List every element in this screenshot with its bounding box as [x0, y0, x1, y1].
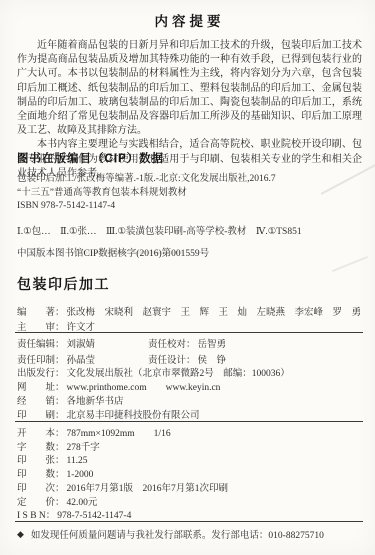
- row-label: 出版发行：: [17, 367, 65, 381]
- row-label: 编 著：: [17, 306, 65, 321]
- cip-line: “十三五”普通高等教育包装本科规划教材: [17, 187, 362, 201]
- row-value: 刘淑婧: [67, 338, 96, 353]
- diamond-icon: ◆: [17, 527, 24, 541]
- word-count-row: 字 数： 278千字: [17, 442, 362, 456]
- row-label: 印 张：: [17, 455, 65, 469]
- row-value: 岳智勇: [198, 338, 227, 353]
- row-label: 经 销：: [17, 395, 65, 409]
- row-value: 侯 铮: [198, 354, 227, 369]
- staff-row: 责任编辑： 刘淑婧: [17, 338, 148, 353]
- row-value: 1-2000: [67, 469, 94, 483]
- row-label: 责任编辑：: [17, 338, 65, 353]
- row-label: 印 次：: [17, 483, 65, 497]
- cip-line: ISBN 978-7-5142-1147-4: [17, 200, 362, 214]
- print-run-row: 印 数： 1-2000: [17, 469, 362, 483]
- website-row: 网 址： www.printhome.com www.keyin.cn: [17, 381, 362, 395]
- divider-rule: [15, 332, 363, 333]
- book-title-section: 包装印后加工 编 著： 张改梅 宋晓利 赵寰宇 王 辉 王 灿 左晓燕 李宏峰 …: [17, 274, 362, 335]
- row-value: 278千字: [67, 442, 100, 456]
- copyright-page: 内容提要 近年随着商品包装的日新月异和印后加工技术的升级，包装印后加工技术作为提…: [0, 0, 375, 555]
- cip-registration: 中国版本图书馆CIP数据核字(2016)第001559号: [17, 245, 362, 259]
- row-value: 787mm×1092mm 1/16: [67, 428, 171, 442]
- summary-title: 内容提要: [17, 10, 362, 30]
- editors-row: 编 著： 张改梅 宋晓利 赵寰宇 王 辉 王 灿 左晓燕 李宏峰 罗 勇: [17, 306, 362, 321]
- sheet-count-row: 印 张： 11.25: [17, 455, 362, 469]
- row-value: 42.00元: [67, 497, 98, 511]
- row-label: 开 本：: [17, 428, 65, 442]
- row-value: 文化发展出版社（北京市翠微路2号 邮编：100036）: [67, 367, 290, 381]
- staff-section: 责任编辑： 刘淑婧 责任校对： 岳智勇 责任印制： 孙晶莹 责任设计： 侯 铮: [17, 338, 362, 368]
- staff-row: 责任印制： 孙晶莹: [17, 354, 148, 369]
- row-value: 张改梅 宋晓利 赵寰宇 王 辉 王 灿 左晓燕 李宏峰 罗 勇: [67, 306, 362, 321]
- row-label: 印 数：: [17, 469, 65, 483]
- cip-line: 包装印后加工/张改梅等编著.-1版.-北京:文化发展出版社,2016.7: [17, 173, 362, 187]
- classification-line: Ⅰ.①包… Ⅱ.①张… Ⅲ.①装潢包装印刷-高等学校-教材 Ⅳ.①TS851: [17, 223, 362, 237]
- row-label: 字 数：: [17, 442, 65, 456]
- row-label: 责任印制：: [17, 354, 65, 369]
- divider-rule: [15, 421, 363, 422]
- edition-row: 印 次： 2016年7月第1版 2016年7月第1次印刷: [17, 483, 362, 497]
- summary-paragraph: 近年随着商品包装的日新月异和印后加工技术的升级，包装印后加工技术作为提高商品包装…: [17, 39, 362, 138]
- quality-note-text: 如发现任何质量问题请与我社发行部联系。发行部电话：010-88275710: [31, 527, 324, 541]
- publishing-section: 出版发行： 文化发展出版社（北京市翠微路2号 邮编：100036） 网 址： w…: [17, 367, 362, 423]
- cip-heading: 图书在版编目（CIP）数据: [17, 150, 362, 166]
- book-title: 包装印后加工: [17, 274, 362, 294]
- price-row: 定 价： 42.00元: [17, 497, 362, 511]
- row-value: 孙晶莹: [67, 354, 96, 369]
- row-value: 2016年7月第1版 2016年7月第1次印刷: [67, 483, 229, 497]
- row-value: 各地新华书店: [67, 395, 124, 409]
- print-spec-section: 开 本： 787mm×1092mm 1/16 字 数： 278千字 印 张： 1…: [17, 428, 362, 524]
- divider-rule: [15, 521, 363, 522]
- row-label: 网 址：: [17, 381, 65, 395]
- cip-section: 图书在版编目（CIP）数据 包装印后加工/张改梅等编著.-1版.-北京:文化发展…: [17, 150, 362, 259]
- quality-note: ◆ 如发现任何质量问题请与我社发行部联系。发行部电话：010-88275710: [17, 527, 362, 541]
- row-value: 11.25: [67, 455, 88, 469]
- distributor-row: 经 销： 各地新华书店: [17, 395, 362, 409]
- staff-row: 责任设计： 侯 铮: [148, 354, 362, 369]
- row-label: 责任校对：: [148, 338, 196, 353]
- row-label: 责任设计：: [148, 354, 196, 369]
- staff-row: 责任校对： 岳智勇: [148, 338, 362, 353]
- format-row: 开 本： 787mm×1092mm 1/16: [17, 428, 362, 442]
- publisher-row: 出版发行： 文化发展出版社（北京市翠微路2号 邮编：100036）: [17, 367, 362, 381]
- row-label: 定 价：: [17, 497, 65, 511]
- row-value: www.printhome.com www.keyin.cn: [67, 381, 221, 395]
